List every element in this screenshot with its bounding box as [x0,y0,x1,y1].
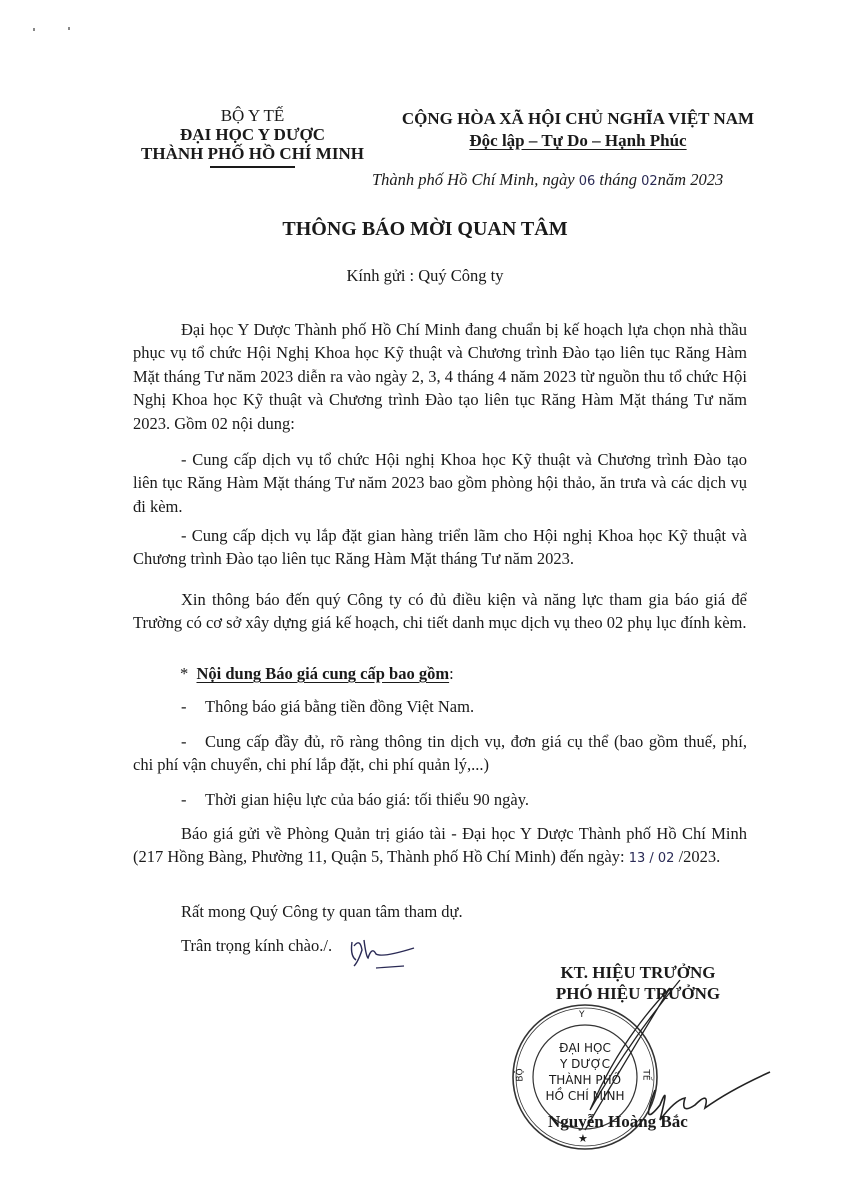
university-name-line2: THÀNH PHỐ HỒ CHÍ MINH [120,144,385,163]
quote-heading-label: Nội dung Báo giá cung cấp bao gồm [197,664,450,683]
country-name: CỘNG HÒA XÃ HỘI CHỦ NGHĨA VIỆT NAM [378,108,778,130]
quote-item-text: Thời gian hiệu lực của báo giá: tối thiể… [205,790,529,809]
salutation: Kính gửi : Quý Công ty [0,266,850,286]
deadline-year: /2023. [674,847,720,866]
quote-item: -Cung cấp đầy đủ, rõ ràng thông tin dịch… [133,730,747,777]
university-name-line1: ĐẠI HỌC Y DƯỢC [120,125,385,144]
dash-marker: - [181,788,205,811]
dash-marker: - [181,730,205,753]
date-year: năm 2023 [658,170,724,189]
quote-item: -Thời gian hiệu lực của báo giá: tối thi… [181,788,747,811]
national-motto: Độc lập – Tự Do – Hạnh Phúc [469,131,686,150]
header-divider [210,166,295,168]
date-prefix: Thành phố Hồ Chí Minh, ngày [372,170,579,189]
date-month-handwritten: 02 [641,174,658,189]
deadline-day-handwritten: 13 [629,851,646,866]
scan-speck [33,28,35,31]
date-month-label: tháng [595,170,641,189]
deadline-separator: / [645,851,658,866]
quote-section-heading: * Nội dung Báo giá cung cấp bao gồm: [180,662,740,685]
date-day-handwritten: 06 [579,174,596,189]
bullet-asterisk: * [180,664,188,683]
paragraph-intro: Đại học Y Dược Thành phố Hồ Chí Minh đan… [133,318,747,435]
signer-name: Nguyễn Hoàng Bắc [548,1112,688,1132]
national-header: CỘNG HÒA XÃ HỘI CHỦ NGHĨA VIỆT NAM Độc l… [378,108,778,152]
paragraph-invitation: Xin thông báo đến quý Công ty có đủ điều… [133,588,747,635]
quote-heading-colon: : [449,664,454,683]
seal-left-text: BỘ [516,1068,526,1081]
paragraph-item-2: - Cung cấp dịch vụ lắp đặt gian hàng tri… [133,524,747,571]
document-title: THÔNG BÁO MỜI QUAN TÂM [0,218,850,241]
quote-item-text: Cung cấp đầy đủ, rõ ràng thông tin dịch … [133,732,747,774]
quote-item-text: Thông báo giá bằng tiền đồng Việt Nam. [205,697,474,716]
scan-speck [68,27,70,30]
initials-mark-icon [348,932,418,972]
closing-line-1: Rất mong Quý Công ty quan tâm tham dự. [181,900,681,923]
quote-item: -Thông báo giá bằng tiền đồng Việt Nam. [181,695,747,718]
dash-marker: - [181,695,205,718]
deadline-month-handwritten: 02 [658,851,675,866]
paragraph-item-1: - Cung cấp dịch vụ tổ chức Hội nghị Khoa… [133,448,747,518]
ministry-name: BỘ Y TẾ [120,106,385,125]
paragraph-submission: Báo giá gửi về Phòng Quản trị giáo tài -… [133,822,747,871]
issuing-authority: BỘ Y TẾ ĐẠI HỌC Y DƯỢC THÀNH PHỐ HỒ CHÍ … [120,106,385,168]
date-line: Thành phố Hồ Chí Minh, ngày 06 tháng 02n… [372,170,723,190]
